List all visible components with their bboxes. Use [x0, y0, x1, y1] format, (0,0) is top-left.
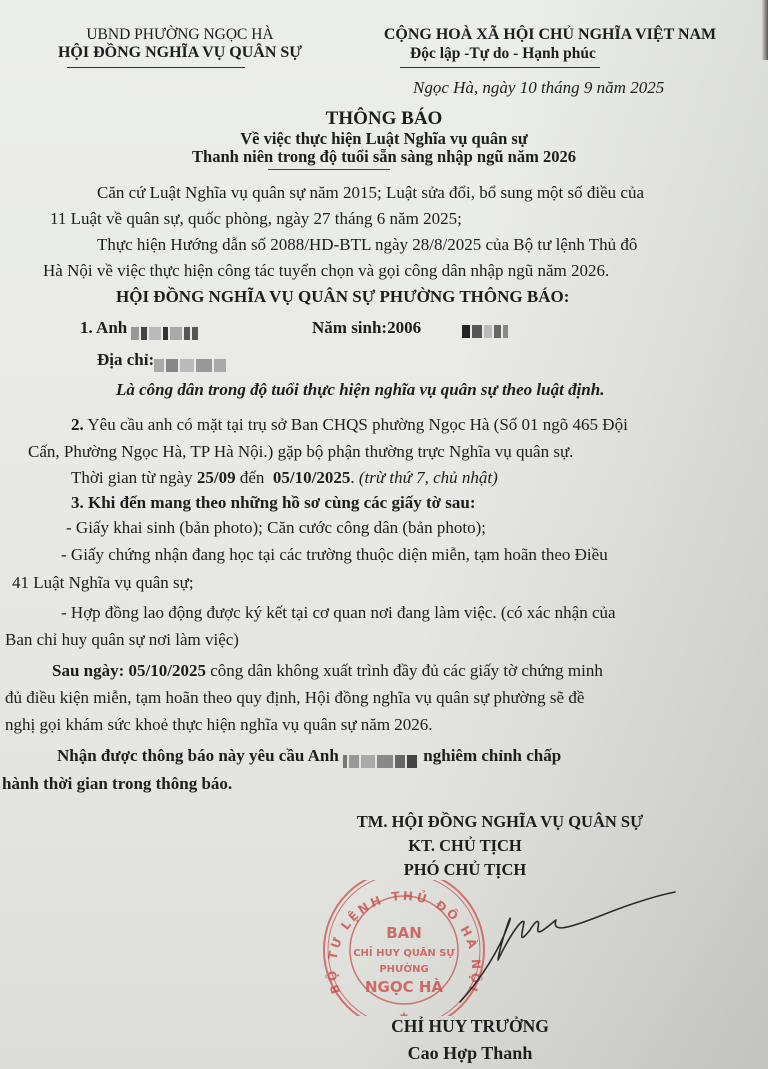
item2-text: Yêu cầu anh có mặt tại trụ sở Ban CHQS p…: [87, 415, 627, 434]
item2-number: 2.: [71, 415, 84, 434]
preamble-1-line-1: Căn cứ Luật Nghĩa vụ quân sự năm 2015; L…: [97, 183, 644, 203]
signature-scribble: [440, 890, 680, 1010]
preamble-2-line-2: Hà Nội về việc thực hiện công tác tuyển …: [43, 261, 609, 281]
item2-line-2: Cấn, Phường Ngọc Hà, TP Hà Nội.) gặp bộ …: [28, 442, 573, 462]
item1-statement: Là công dân trong độ tuổi thực hiện nghĩ…: [116, 380, 604, 400]
document-date: Ngọc Hà, ngày 10 tháng 9 năm 2025: [413, 78, 664, 98]
item2-time: Thời gian từ ngày 25/09 đến 05/10/2025. …: [71, 468, 498, 488]
stamp-text-4: NGỌC HÀ: [365, 977, 443, 996]
issuer-authority: UBND PHƯỜNG NGỌC HÀ: [58, 26, 302, 44]
redacted-name: [131, 323, 200, 336]
signature-role-1: KT. CHỦ TỊCH: [300, 836, 630, 856]
national-title: CỘNG HOÀ XÃ HỘI CHỦ NGHĨA VIỆT NAM: [330, 26, 768, 44]
signer-name: Cao Hợp Thanh: [340, 1043, 600, 1064]
address-label: Địa chỉ:: [97, 350, 154, 369]
document-subtitle-2: Thanh niên trong độ tuổi sẵn sàng nhập n…: [0, 147, 768, 167]
signer-title: CHỈ HUY TRƯỞNG: [340, 1016, 600, 1037]
time-to: 05/10/2025: [273, 468, 350, 487]
stamp-text-3: PHƯỜNG: [379, 962, 428, 975]
document-subtitle-1: Về việc thực hiện Luật Nghĩa vụ quân sự: [0, 129, 768, 149]
redacted-name-2: [343, 751, 419, 764]
item1-label: 1. Anh: [80, 318, 127, 337]
deadline-line-3: nghị gọi khám sức khoẻ thực hiện nghĩa v…: [5, 715, 433, 735]
item1-row: 1. Anh: [80, 318, 200, 338]
deadline-line-1: Sau ngày: 05/10/2025 công dân không xuất…: [52, 661, 603, 681]
stamp-star-icon: ★: [399, 1009, 410, 1016]
closing-line-2: hành thời gian trong thông báo.: [2, 774, 232, 794]
item3-doc-2-line-1: - Giấy chứng nhận đang học tại các trườn…: [61, 545, 608, 565]
issuer-council: HỘI ĐỒNG NGHĨA VỤ QUÂN SỰ: [32, 44, 328, 62]
signature-role-2: PHÓ CHỦ TỊCH: [300, 860, 630, 880]
document-title: THÔNG BÁO: [0, 108, 768, 130]
announce-heading: HỘI ĐỒNG NGHĨA VỤ QUÂN SỰ PHƯỜNG THÔNG B…: [116, 287, 569, 307]
national-motto: Độc lập -Tự do - Hạnh phúc: [410, 45, 596, 63]
stamp-text-1: BAN: [386, 924, 422, 942]
item3-doc-3-line-1: - Hợp đồng lao động được ký kết tại cơ q…: [61, 603, 616, 623]
issuer-underline: [67, 67, 245, 68]
item3-doc-2-line-2: 41 Luật Nghĩa vụ quân sự;: [12, 573, 194, 593]
redacted-extra: [462, 322, 510, 335]
motto-underline: [400, 67, 600, 68]
item3-doc-3-line-2: Ban chỉ huy quân sự nơi làm việc): [5, 630, 239, 650]
preamble-1-line-2: 11 Luật về quân sự, quốc phòng, ngày 27 …: [50, 209, 462, 229]
time-note: (trừ thứ 7, chủ nhật): [359, 468, 498, 487]
birth-year: Năm sinh:2006: [312, 318, 421, 338]
title-rule: [268, 169, 390, 170]
deadline-line-2: đủ điều kiện miễn, tạm hoãn theo quy địn…: [5, 688, 584, 708]
time-from: 25/09: [197, 468, 236, 487]
preamble-2-line-1: Thực hiện Hướng dẫn số 2088/HD-BTL ngày …: [97, 235, 637, 255]
redacted-address: [154, 355, 228, 368]
signature-org: TM. HỘI ĐỒNG NGHĨA VỤ QUÂN SỰ: [300, 812, 700, 832]
item3-doc-1: - Giấy khai sinh (bản photo); Căn cước c…: [66, 518, 486, 538]
deadline-date: Sau ngày: 05/10/2025: [52, 661, 206, 680]
item2-line-1: 2. Yêu cầu anh có mặt tại trụ sở Ban CHQ…: [71, 415, 628, 435]
closing-line-1: Nhận được thông báo này yêu cầu Anh nghi…: [57, 746, 561, 766]
address-row: Địa chỉ:: [97, 350, 228, 370]
item3-heading: 3. Khi đến mang theo những hồ sơ cùng cá…: [71, 493, 476, 513]
